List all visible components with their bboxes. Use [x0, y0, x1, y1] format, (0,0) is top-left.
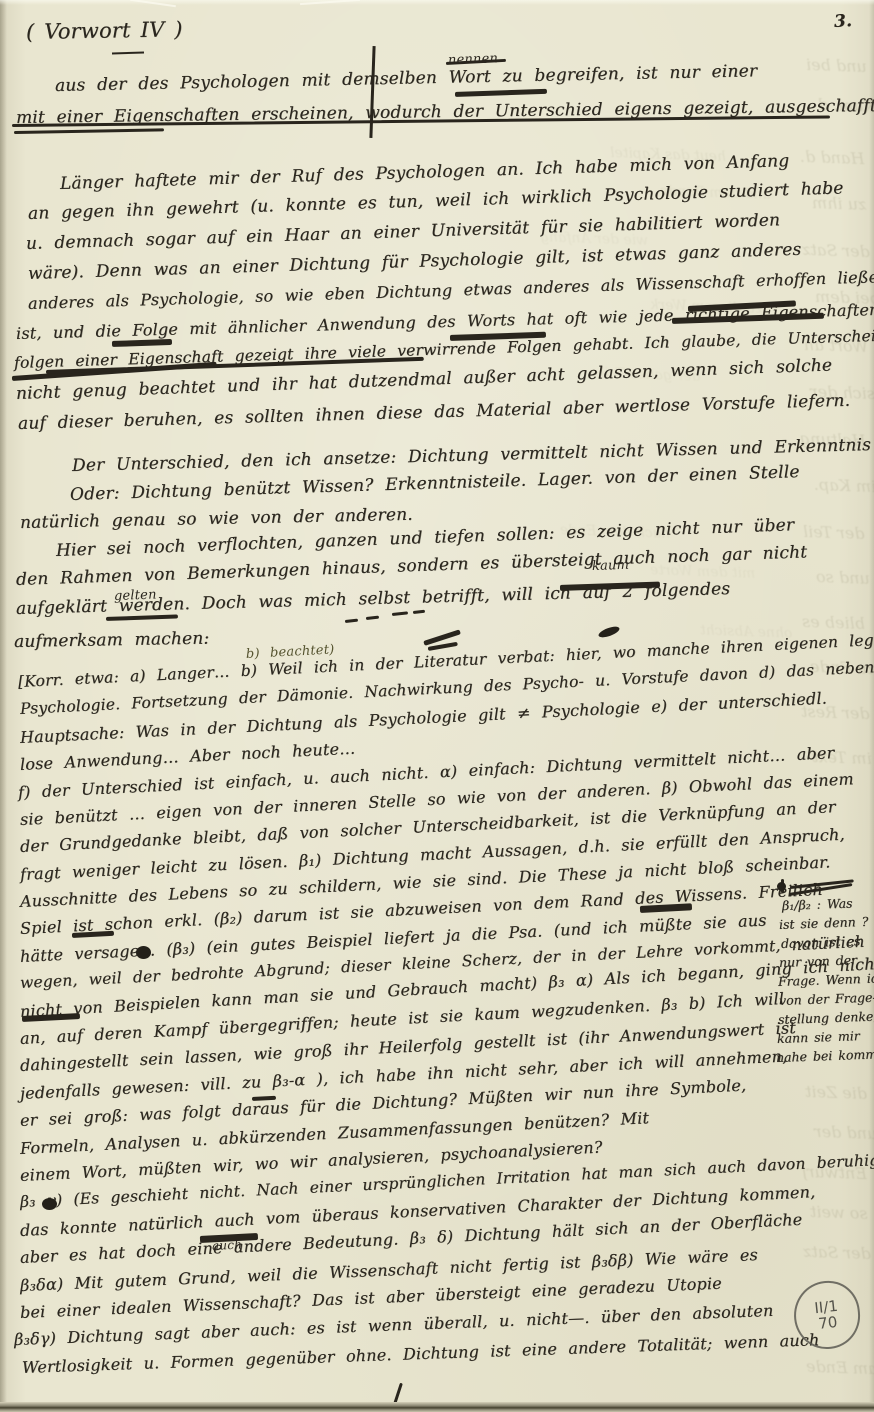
- margin-note-line: Frage. Wenn ich: [778, 972, 874, 988]
- ink-blot: [597, 624, 620, 639]
- strikethrough-mark: [640, 903, 692, 913]
- bleedthrough-line: im Kap.: [814, 477, 874, 495]
- bleedthrough-line: der Satz: [803, 1244, 871, 1262]
- margin-note-line: β₁/β₂ : Was: [782, 898, 853, 913]
- bleedthrough-line: der Satz: [802, 242, 870, 260]
- strikethrough-mark: [413, 610, 425, 614]
- strikethrough-mark: [72, 931, 114, 938]
- margin-note-line: stellung denke,: [778, 1011, 874, 1027]
- manuscript-line: natürlich genau so wie von der anderen.: [20, 507, 413, 532]
- scan-edge-right: [869, 0, 874, 1412]
- ink-blot: [777, 882, 786, 891]
- insertion-mark: [369, 46, 375, 138]
- ink-blot: [42, 1198, 57, 1210]
- scan-edge-top: [0, 0, 874, 5]
- strikethrough-mark: [455, 89, 547, 97]
- margin-note-line: kann sie mir: [777, 1030, 860, 1045]
- bleedthrough-line: Hand d.: [800, 149, 865, 167]
- strikethrough-mark: [345, 619, 358, 623]
- manuscript-line: gelten: [114, 589, 157, 603]
- strikethrough-mark: [392, 611, 408, 616]
- margin-note-line: nahe bei kommen: [776, 1048, 874, 1065]
- stamp-number: 70: [818, 1314, 839, 1332]
- bleedthrough-line: und so: [816, 569, 870, 587]
- scan-edge-left: [0, 0, 7, 1412]
- bleedthrough-line: und der: [814, 1124, 874, 1142]
- strikethrough-mark: [366, 616, 379, 620]
- heading-vorwort: ( Vorwort IV ): [26, 19, 183, 43]
- margin-note-line: ist sie denn ?: [779, 916, 869, 932]
- manuscript-line: kaum: [592, 559, 630, 573]
- bleedthrough-line: so weit: [810, 1204, 868, 1222]
- bleedthrough-line: blieb es: [802, 614, 865, 632]
- strikethrough-mark: [112, 339, 172, 347]
- manuscript-page: und beiKam. dHand d.zu ihmder Satzbei de…: [0, 0, 874, 1412]
- bleedthrough-line: der Teil: [803, 524, 865, 542]
- margin-note-line: von der Frage-: [779, 992, 874, 1008]
- margin-note-line: nur von der: [779, 954, 857, 969]
- scan-edge-bottom: [0, 1402, 874, 1412]
- bleedthrough-line: und bei: [806, 57, 867, 75]
- page-number: 3.: [834, 13, 853, 31]
- ink-blot: [136, 946, 151, 959]
- manuscript-line: aufmerksam machen:: [14, 631, 210, 651]
- strikethrough-mark: [14, 128, 164, 134]
- bleedthrough-line: die Zeit: [805, 1084, 868, 1102]
- margin-note-line: davon ist es: [781, 935, 861, 950]
- bleedthrough-line: am Ende: [806, 1359, 874, 1377]
- manuscript-line: aus der des Psychologen mit demselben Wo…: [55, 63, 758, 95]
- heading-underline: [112, 51, 144, 54]
